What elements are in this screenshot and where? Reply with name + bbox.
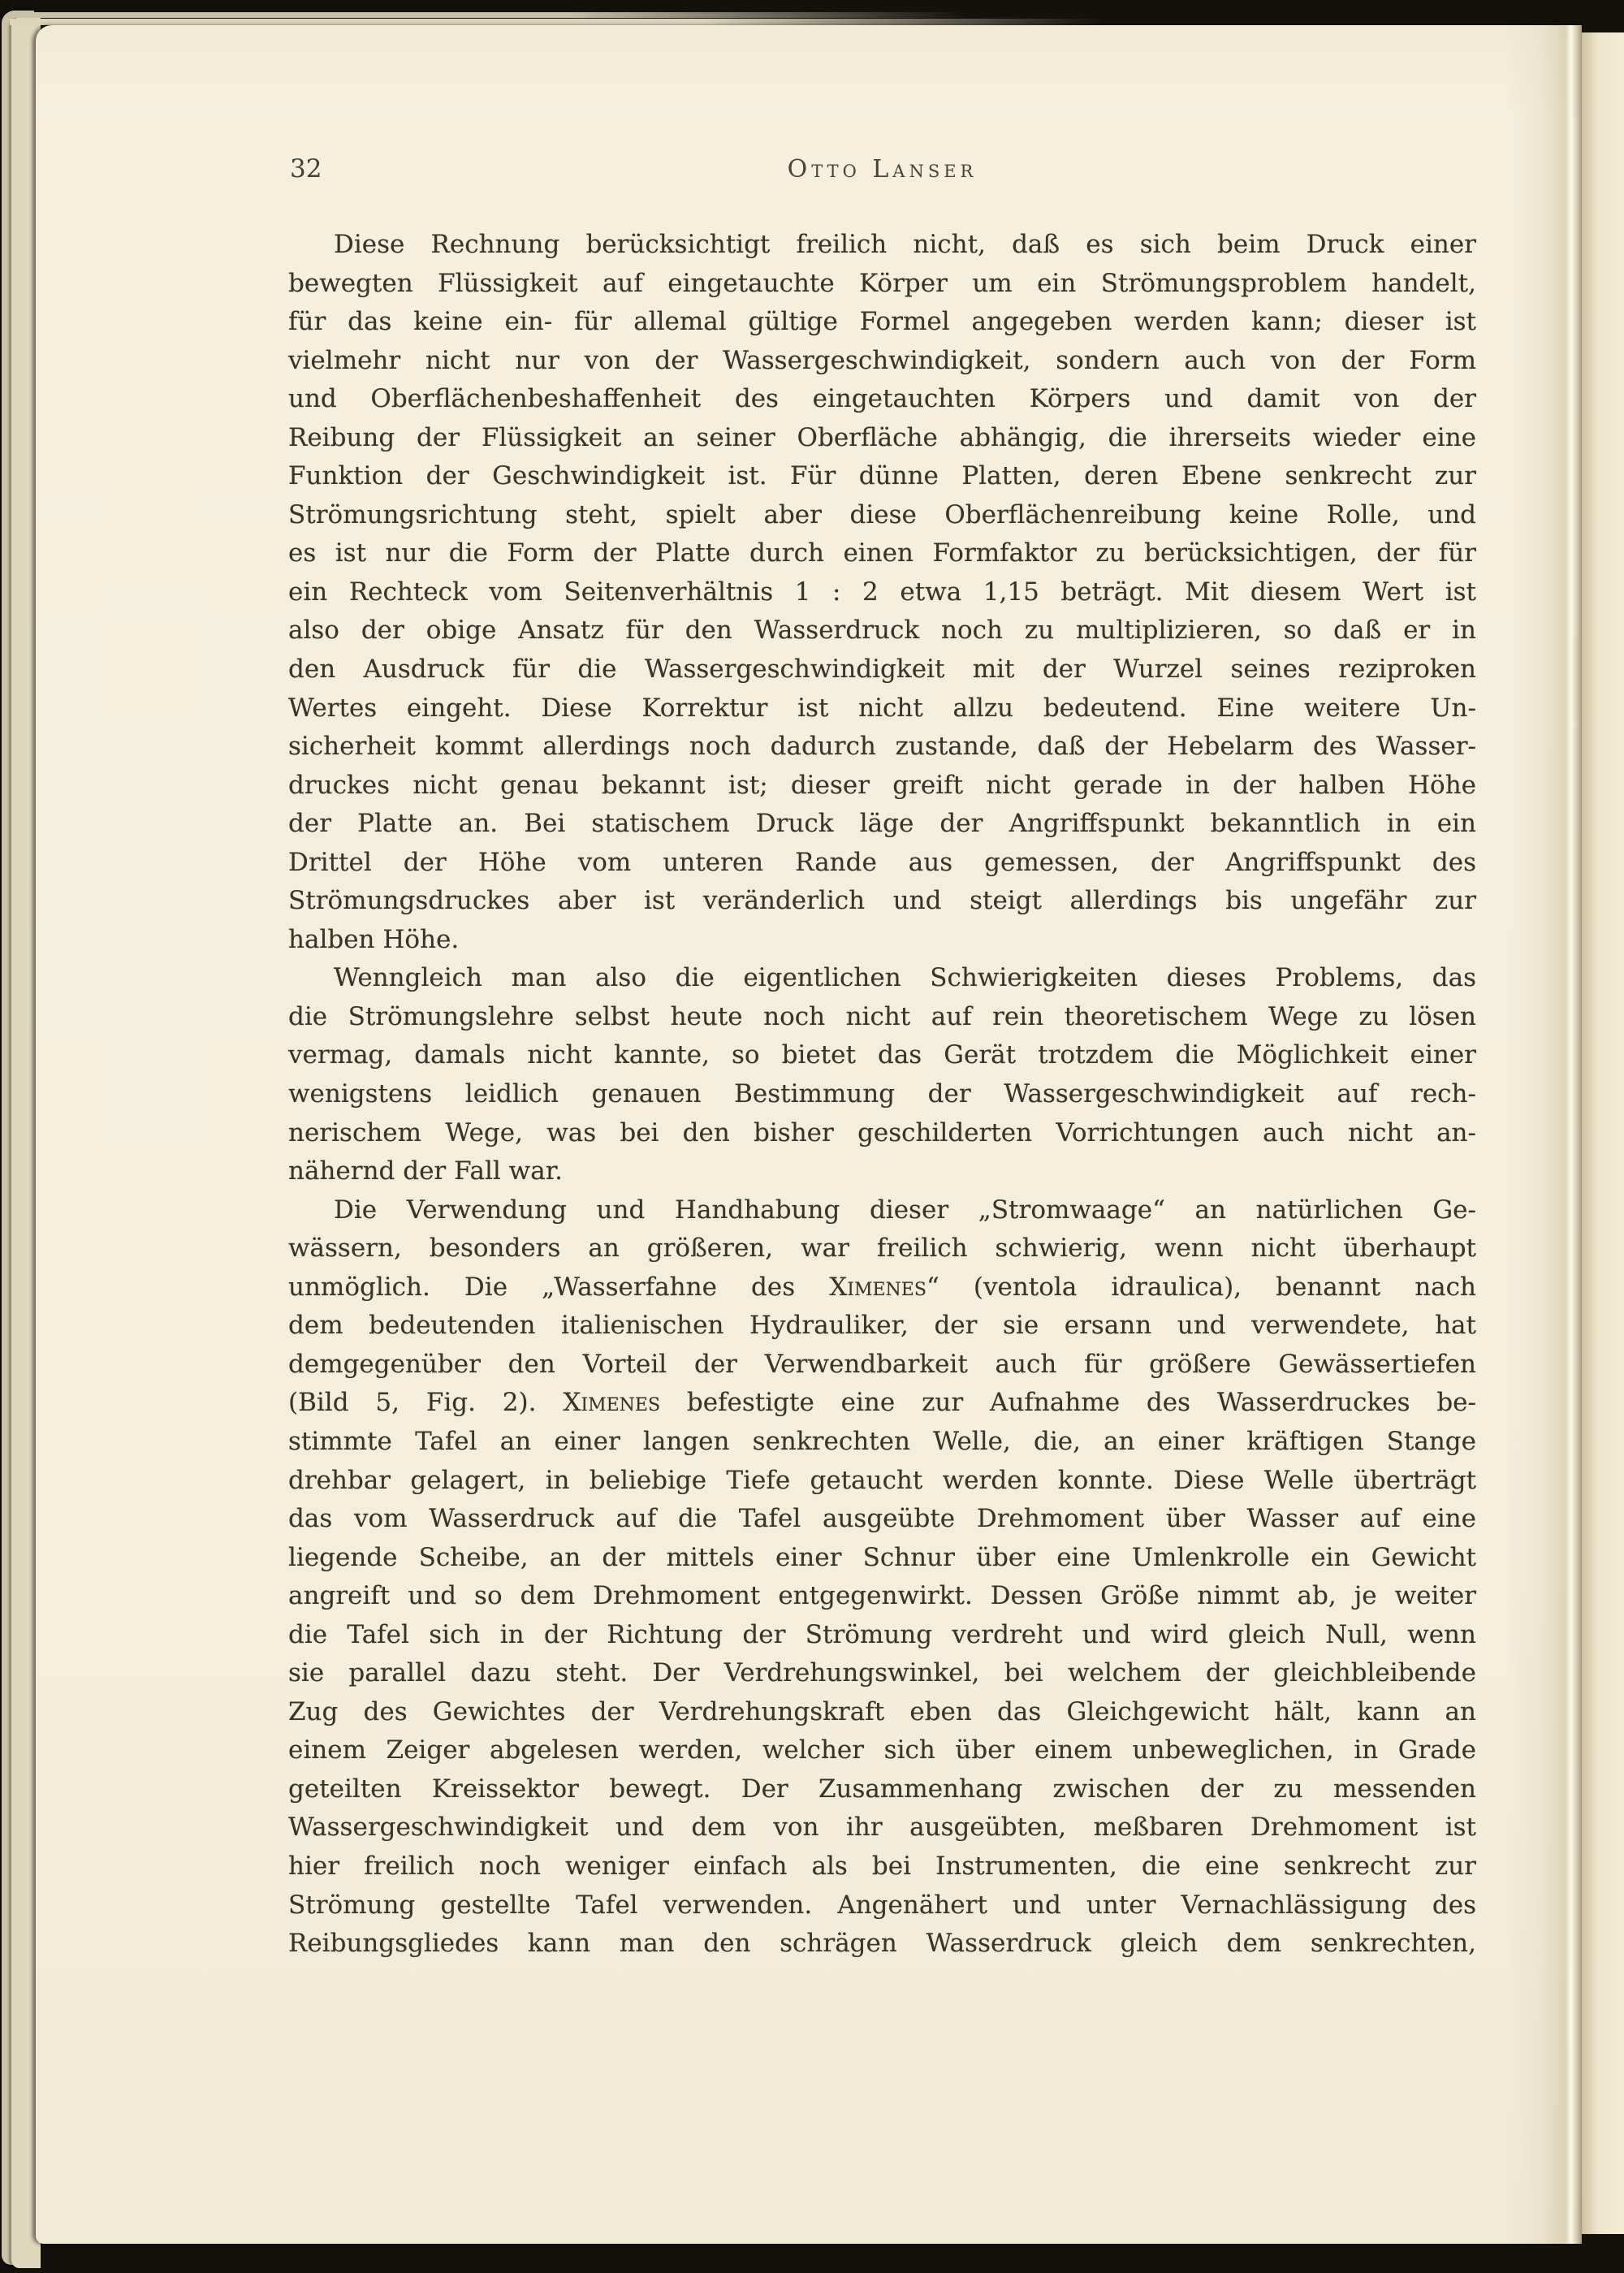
text-line: stimmte Tafel an einer langen senkrechte… [288, 1423, 1476, 1462]
text-line: drehbar gelagert, in beliebige Tiefe get… [288, 1462, 1476, 1501]
text-line: bewegten Flüssigkeit auf eingetauchte Kö… [288, 265, 1476, 304]
text-line: wenigstens leidlich genauen Bestimmung d… [288, 1075, 1476, 1114]
text-line: die Strömungslehre selbst heute noch nic… [288, 998, 1476, 1037]
smallcaps-name: Ximenes [829, 1273, 926, 1302]
text-line: den Ausdruck für die Wassergeschwindigke… [288, 650, 1476, 689]
text-line: ein Rechteck vom Seitenverhältnis 1 : 2 … [288, 573, 1476, 612]
under-page-top-edge [10, 19, 1163, 25]
text-line: Reibung der Flüssigkeit an seiner Oberfl… [288, 419, 1476, 458]
text-line: liegende Scheibe, an der mittels einer S… [288, 1539, 1476, 1578]
text-line: Wertes eingeht. Diese Korrektur ist nich… [288, 689, 1476, 728]
text-line: Reibungsgliedes kann man den schrägen Wa… [288, 1925, 1476, 1964]
text-line: wässern, besonders an größeren, war frei… [288, 1229, 1476, 1268]
text-line: sie parallel dazu steht. Der Verdrehungs… [288, 1654, 1476, 1693]
text-line: vermag, damals nicht kannte, so bietet d… [288, 1036, 1476, 1075]
text-line: Funktion der Geschwindigkeit ist. Für dü… [288, 457, 1476, 496]
smallcaps-name: Ximenes [563, 1388, 660, 1417]
text-line: Wassergeschwindigkeit und dem von ihr au… [288, 1808, 1476, 1847]
text-line: dem bedeutenden italienischen Hydraulike… [288, 1307, 1476, 1346]
text-line: Strömungsdruckes aber ist veränderlich u… [288, 882, 1476, 921]
paragraph: Die Verwendung und Handhabung dieser „St… [288, 1191, 1476, 1964]
gutter-shadow [1507, 25, 1582, 2244]
text-line: Diese Rechnung berücksichtigt freilich n… [288, 226, 1476, 265]
text-line: angreift und so dem Drehmoment entgegenw… [288, 1577, 1476, 1616]
scanner-background: { "colors": { "background": "#14100b", "… [0, 0, 1624, 2273]
text-line: Wenngleich man also die eigentlichen Sch… [288, 959, 1476, 998]
text-line: sicherheit kommt allerdings noch dadurch… [288, 728, 1476, 767]
text-line: (Bild 5, Fig. 2). Ximenes befestigte ein… [288, 1384, 1476, 1423]
text-line: Strömung gestellte Tafel verwenden. Ange… [288, 1886, 1476, 1925]
text-block: Diese Rechnung berücksichtigt freilich n… [288, 226, 1476, 1964]
text-line: halben Höhe. [288, 921, 1476, 960]
text-line: unmöglich. Die „Wasserfahne des Ximenes“… [288, 1268, 1476, 1307]
text-line: hier freilich noch weniger einfach als b… [288, 1847, 1476, 1886]
text-line: für das keine ein- für allemal gültige F… [288, 303, 1476, 342]
facing-page-sliver [1582, 32, 1624, 2234]
text-line: also der obige Ansatz für den Wasserdruc… [288, 611, 1476, 650]
running-header: Otto Lanser [288, 155, 1476, 184]
under-page-top-edge [5, 12, 1020, 18]
text-line: die Tafel sich in der Richtung der Ström… [288, 1616, 1476, 1655]
text-line: nähernd der Fall war. [288, 1152, 1476, 1191]
text-line: vielmehr nicht nur von der Wassergeschwi… [288, 342, 1476, 381]
text-line: es ist nur die Form der Platte durch ein… [288, 534, 1476, 573]
text-line: druckes nicht genau bekannt ist; dieser … [288, 767, 1476, 806]
text-line: Drittel der Höhe vom unteren Rande aus g… [288, 844, 1476, 883]
text-line: Zug des Gewichtes der Verdrehungskraft e… [288, 1693, 1476, 1732]
paragraph: Diese Rechnung berücksichtigt freilich n… [288, 226, 1476, 959]
text-line: geteilten Kreissektor bewegt. Der Zusamm… [288, 1770, 1476, 1809]
text-line: und Oberflächenbeshaffenheit des eingeta… [288, 380, 1476, 419]
text-line: das vom Wasserdruck auf die Tafel ausgeü… [288, 1500, 1476, 1539]
paragraph: Wenngleich man also die eigentlichen Sch… [288, 959, 1476, 1191]
text-line: einem Zeiger abgelesen werden, welcher s… [288, 1731, 1476, 1770]
text-line: der Platte an. Bei statischem Druck läge… [288, 805, 1476, 844]
text-line: Strömungsrichtung steht, spielt aber die… [288, 496, 1476, 535]
text-line: Die Verwendung und Handhabung dieser „St… [288, 1191, 1476, 1230]
text-line: nerischem Wege, was bei den bisher gesch… [288, 1114, 1476, 1153]
folio-row: 32 Otto Lanser [288, 154, 1476, 192]
text-line: demgegenüber den Vorteil der Verwendbark… [288, 1346, 1476, 1385]
